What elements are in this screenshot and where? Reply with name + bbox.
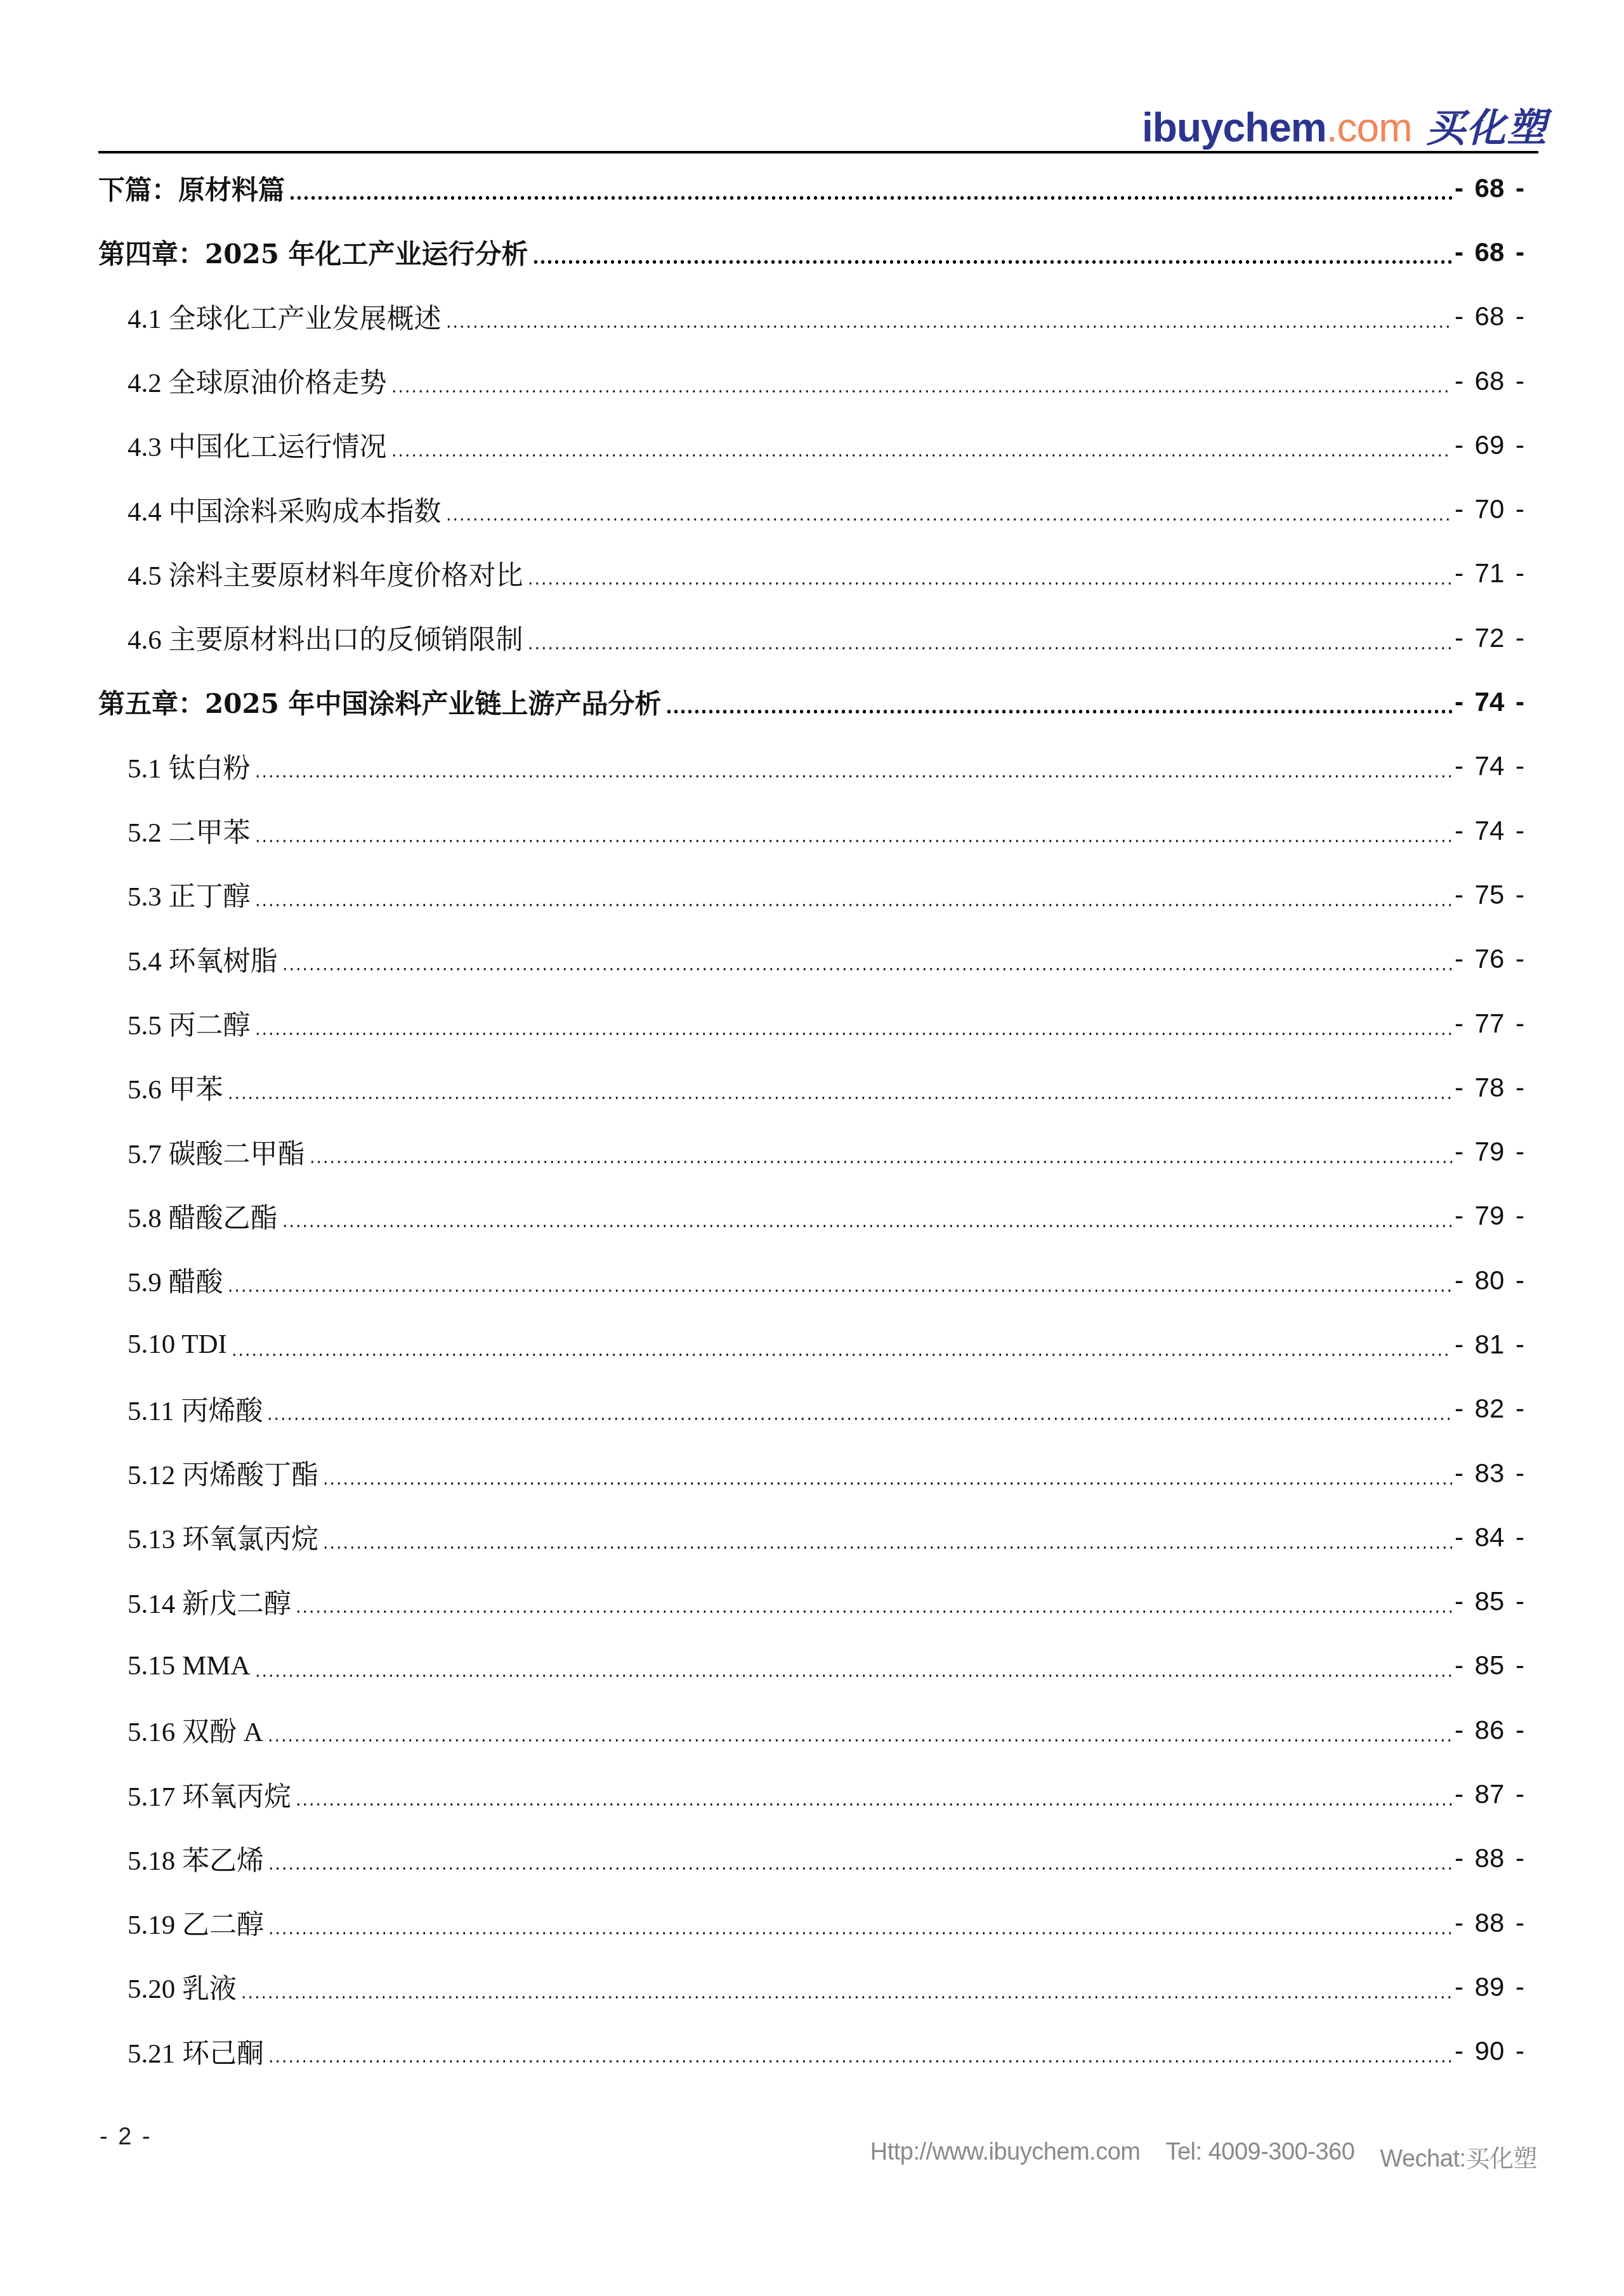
toc-entry-page-number: - 86 - [1455,1715,1524,1745]
toc-entry[interactable]: 5.19 乙二醇- 88 - [98,1891,1524,1955]
toc-entry-page-number: - 88 - [1455,1908,1524,1938]
toc-entry-page-number: - 80 - [1455,1265,1524,1296]
toc-entry-title: 5.19 乙二醇 [98,1903,264,1942]
dot-leader [254,1652,1452,1680]
dot-leader [254,881,1452,909]
dot-leader [266,1395,1452,1423]
toc-entry-title: 5.11 丙烯酸 [98,1390,263,1428]
toc-entry-page-number: - 74 - [1455,751,1524,781]
toc-entry[interactable]: 4.5 涂料主要原材料年度价格对比- 71 - [98,542,1524,606]
toc-entry-page-number: - 83 - [1455,1458,1524,1489]
toc-entry[interactable]: 5.4 环氧树脂- 76 - [98,927,1524,991]
toc-entry-title: 4.4 中国涂料采购成本指数 [98,490,442,529]
toc-entry-title: 5.14 新戊二醇 [98,1582,291,1621]
dot-leader [282,1202,1452,1230]
logo-wordmark: ibuychem [1142,104,1326,151]
dot-leader [227,1074,1452,1102]
toc-entry-title: 4.3 中国化工运行情况 [98,426,387,464]
toc-entry[interactable]: 4.4 中国涂料采购成本指数- 70 - [98,477,1524,541]
toc-heading-entry[interactable]: 第四章：2025 年化工产业运行分析- 68 - [98,220,1524,284]
dot-leader [282,945,1452,973]
toc-entry-page-number: - 90 - [1455,2036,1524,2066]
toc-entry-page-number: - 71 - [1455,558,1524,589]
toc-entry[interactable]: 5.20 乳液- 89 - [98,1955,1524,2019]
toc-entry[interactable]: 4.2 全球原油价格走势- 68 - [98,349,1524,413]
dot-leader [254,1010,1452,1038]
toc-entry-page-number: - 68 - [1455,237,1524,268]
footer-wechat: Wechat:买化塑 [1380,2139,1537,2174]
toc-entry[interactable]: 5.8 醋酸乙酯- 79 - [98,1184,1524,1248]
toc-entry-title: 5.20 乳液 [98,1967,237,2006]
toc-entry-page-number: - 76 - [1455,944,1524,974]
toc-entry-title: 4.2 全球原油价格走势 [98,362,387,400]
dot-leader [445,495,1452,523]
dot-leader [391,367,1452,395]
toc-entry[interactable]: 5.21 环己酮- 90 - [98,2019,1524,2084]
toc-entry[interactable]: 5.6 甲苯- 78 - [98,1055,1524,1119]
toc-entry-page-number: - 70 - [1455,494,1524,525]
toc-entry[interactable]: 5.1 钛白粉- 74 - [98,734,1524,799]
toc-entry-page-number: - 69 - [1455,430,1524,460]
dot-leader [295,1588,1452,1615]
toc-entry-page-number: - 79 - [1455,1201,1524,1231]
dot-leader [532,238,1452,266]
toc-entry-page-number: - 68 - [1455,366,1524,396]
toc-entry-title: 5.21 环己酮 [98,2032,264,2071]
toc-entry[interactable]: 5.5 丙二醇- 77 - [98,991,1524,1055]
toc-entry-title: 5.12 丙烯酸丁酯 [98,1454,318,1492]
dot-leader [227,1267,1452,1295]
dot-leader [231,1331,1452,1359]
toc-entry-page-number: - 68 - [1455,301,1524,332]
toc-heading-entry[interactable]: 第五章：2025 年中国涂料产业链上游产品分析- 74 - [98,670,1524,734]
toc-entry-title: 4.6 主要原材料出口的反倾销限制 [98,618,523,657]
toc-entry-title: 5.3 正丁醇 [98,875,251,914]
dot-leader [254,817,1452,845]
toc-entry-page-number: - 85 - [1455,1650,1524,1681]
dot-leader [268,1844,1452,1872]
dot-leader [665,688,1452,716]
toc-entry-page-number: - 77 - [1455,1008,1524,1039]
toc-entry-title: 5.1 钛白粉 [98,747,251,786]
toc-entry[interactable]: 5.17 环氧丙烷- 87 - [98,1762,1524,1826]
toc-entry-title: 第四章：2025 年化工产业运行分析 [98,233,528,271]
toc-entry-title: 4.5 涂料主要原材料年度价格对比 [98,554,523,593]
toc-entry[interactable]: 5.14 新戊二醇- 85 - [98,1570,1524,1634]
toc-entry[interactable]: 4.6 主要原材料出口的反倾销限制- 72 - [98,606,1524,670]
toc-entry-title: 5.9 醋酸 [98,1261,223,1300]
toc-entry-title: 5.5 丙二醇 [98,1004,251,1043]
dot-leader [527,559,1452,587]
toc-entry[interactable]: 5.11 丙烯酸- 82 - [98,1377,1524,1441]
toc-entry[interactable]: 5.7 碳酸二甲酯- 79 - [98,1119,1524,1184]
toc-entry-page-number: - 74 - [1455,687,1524,717]
toc-entry-title: 5.16 双酚 A [98,1711,263,1749]
footer-page-number: - 2 - [100,2123,150,2151]
toc-entry-title: 5.7 碳酸二甲酯 [98,1133,305,1171]
toc-entry-page-number: - 85 - [1455,1586,1524,1617]
toc-entry-title: 5.2 二甲苯 [98,811,251,850]
toc-entry-page-number: - 78 - [1455,1073,1524,1103]
toc-entry-page-number: - 74 - [1455,816,1524,846]
header-divider [98,151,1538,153]
dot-leader [445,303,1452,330]
ibuychem-logo: ibuychem .com 买化塑 [1142,96,1547,145]
dot-leader [289,174,1452,202]
footer-tel: Tel: 4009-300-360 [1165,2139,1354,2174]
toc-entry-page-number: - 89 - [1455,1972,1524,2002]
footer-website-link[interactable]: Http://www.ibuychem.com [870,2139,1141,2174]
toc-entry[interactable]: 5.9 醋酸- 80 - [98,1248,1524,1312]
toc-entry-title: 5.10 TDI [98,1329,227,1360]
toc-entry-page-number: - 82 - [1455,1393,1524,1424]
logo-chinese-name: 买化塑 [1425,96,1547,153]
toc-entry[interactable]: 4.1 全球化工产业发展概述- 68 - [98,285,1524,349]
toc-entry-title: 5.17 环氧丙烷 [98,1775,291,1814]
toc-entry-page-number: - 75 - [1455,880,1524,910]
logo-domain-suffix: .com [1326,104,1412,151]
dot-leader [254,752,1452,780]
toc-entry[interactable]: 5.16 双酚 A- 86 - [98,1698,1524,1762]
toc-entry[interactable]: 5.10 TDI- 81 - [98,1312,1524,1376]
toc-entry-title: 5.18 苯乙烯 [98,1839,264,1878]
toc-entry-page-number: - 87 - [1455,1779,1524,1810]
dot-leader [240,1973,1452,2001]
dot-leader [295,1780,1452,1808]
dot-leader [527,624,1452,652]
toc-entry-title: 下篇：原材料篇 [98,169,285,207]
toc-entry-title: 4.1 全球化工产业发展概述 [98,297,442,336]
dot-leader [267,1716,1452,1744]
dot-leader [322,1523,1452,1551]
toc-entry[interactable]: 4.3 中国化工运行情况- 69 - [98,413,1524,477]
toc-entry-title: 5.4 环氧树脂 [98,940,278,979]
toc-entry-title: 5.6 甲苯 [98,1068,223,1107]
dot-leader [268,2037,1452,2065]
toc-entry-title: 5.8 醋酸乙酯 [98,1197,278,1236]
toc-entry-title: 5.13 环氧氯丙烷 [98,1518,318,1556]
table-of-contents: 下篇：原材料篇- 68 -第四章：2025 年化工产业运行分析- 68 -4.1… [98,156,1524,2084]
toc-entry-title: 5.15 MMA [98,1650,251,1681]
toc-entry[interactable]: 5.12 丙烯酸丁酯- 83 - [98,1441,1524,1505]
toc-entry-page-number: - 88 - [1455,1843,1524,1874]
dot-leader [268,1909,1452,1937]
dot-leader [391,431,1452,459]
toc-heading-entry[interactable]: 下篇：原材料篇- 68 - [98,156,1524,220]
toc-entry-page-number: - 81 - [1455,1329,1524,1360]
toc-entry-page-number: - 79 - [1455,1137,1524,1167]
toc-entry[interactable]: 5.18 苯乙烯- 88 - [98,1827,1524,1891]
dot-leader [309,1138,1452,1166]
footer-contact: Http://www.ibuychem.com Tel: 4009-300-36… [870,2139,1537,2174]
dot-leader [322,1459,1452,1487]
toc-entry[interactable]: 5.3 正丁醇- 75 - [98,863,1524,927]
toc-entry[interactable]: 5.2 二甲苯- 74 - [98,799,1524,863]
toc-entry-page-number: - 68 - [1455,173,1524,204]
toc-entry[interactable]: 5.13 环氧氯丙烷- 84 - [98,1505,1524,1569]
toc-entry[interactable]: 5.15 MMA- 85 - [98,1634,1524,1698]
toc-entry-page-number: - 84 - [1455,1522,1524,1553]
toc-entry-title: 第五章：2025 年中国涂料产业链上游产品分析 [98,683,662,721]
toc-entry-page-number: - 72 - [1455,623,1524,653]
